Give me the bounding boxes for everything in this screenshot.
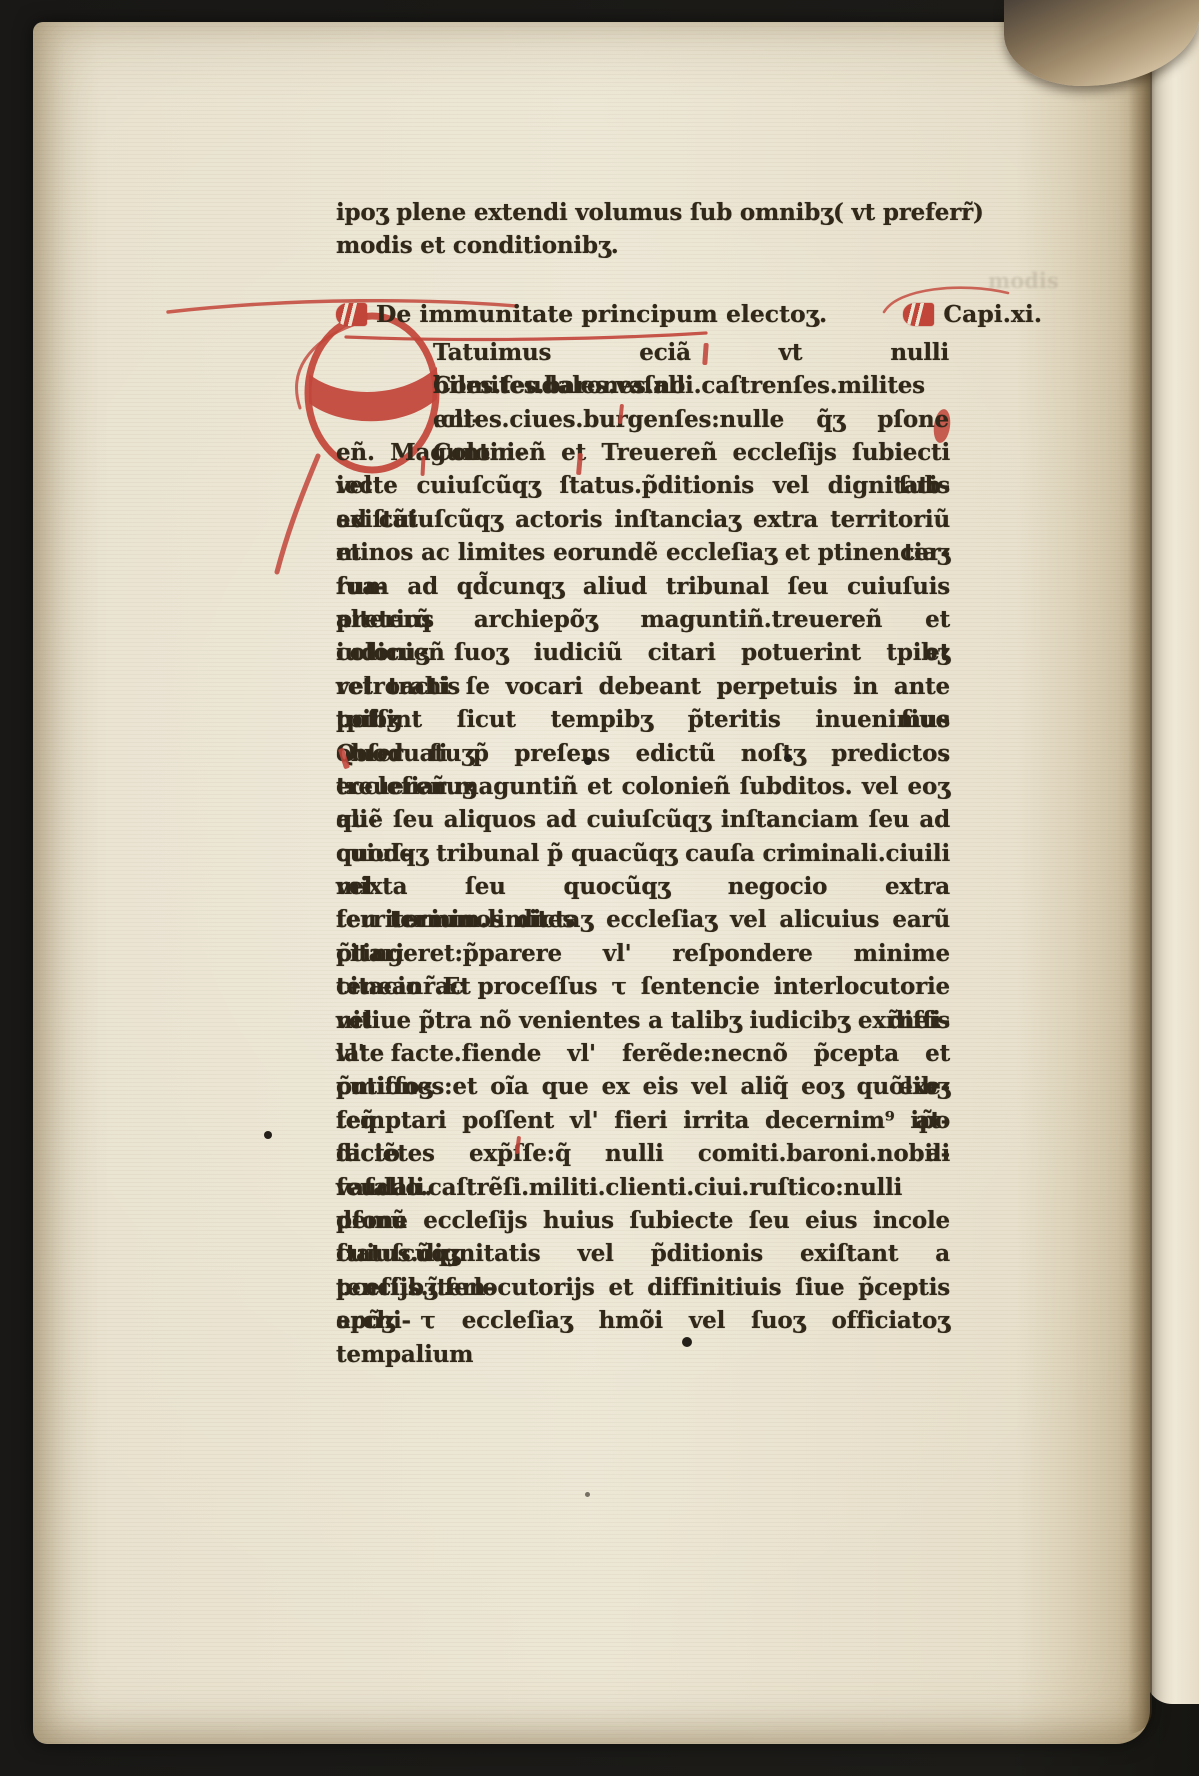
ink-showthrough: modis bbox=[988, 268, 1059, 293]
rubric-pilcrow-icon bbox=[903, 303, 934, 326]
text-line: modis et conditionibʒ. bbox=[336, 229, 1066, 262]
text-line: mixta ſeu quocũqʒ negocio extra territor… bbox=[336, 870, 950, 903]
text-line: quẽ ſeu aliquos ad cuiuſcũqʒ inſtanciam … bbox=[336, 803, 950, 836]
text-line: iecte cuiuſcũqʒ ſtatus.p̃ditionis vel di… bbox=[336, 469, 950, 502]
text-line: vel trahi ſe vocari debeant perpetuis in… bbox=[336, 670, 950, 703]
text-line: ad cuiuſcũqʒ actoris inſtanciaʒ extra te… bbox=[336, 503, 950, 536]
ink-speck bbox=[585, 1492, 590, 1497]
heading-chapter-number: Capi.xi. bbox=[943, 297, 1042, 331]
text-line: preterq̃ archiepõʒ maguntiñ.treuereñ et … bbox=[336, 603, 950, 636]
text-line: ipoʒ plene extendi volumus ſub omnibʒ( v… bbox=[336, 196, 1066, 229]
text-line: minos ac limites eorundẽ eccleſiaʒ et pt… bbox=[336, 536, 950, 569]
book-photograph: ipoʒ plene extendi volumus ſub omnibʒ( v… bbox=[0, 0, 1199, 1776]
text-line: ſeu terminos dictaʒ eccleſiaʒ vel alicui… bbox=[336, 903, 950, 936]
text-line: entes.ciues.burgenſes:nulle q̃ʒ pſone Co… bbox=[433, 403, 949, 436]
drop-cap-text: Tatuimus eciã vt nulli Comites.barones.n… bbox=[433, 336, 949, 436]
ink-speck bbox=[264, 1131, 272, 1139]
text-line: nitiue p̃tra nõ venientes a talibʒ iudic… bbox=[336, 1004, 950, 1037]
text-line: quodqʒ tribunal p̃ quacũqʒ cauſa crimina… bbox=[336, 837, 950, 870]
text-line: temptari poſſent vl' fieri irrita decern… bbox=[336, 1104, 950, 1137]
text-line: iudicuʒ ſuoʒ iudiciũ citari potuerint tp… bbox=[336, 636, 950, 669]
next-page-edge bbox=[1146, 8, 1199, 1704]
rubric-pilcrow-icon bbox=[336, 303, 367, 326]
text-line: treuereñ.maguntiñ et colonieñ ſubditos. … bbox=[336, 770, 950, 803]
ink-speck bbox=[784, 754, 792, 762]
text-line: Tatuimus eciã vt nulli Comites.barones.n… bbox=[433, 336, 949, 369]
heading-title: De immunitate principum electoʒ. bbox=[376, 297, 827, 331]
text-line: tencijs.ĩterlocutorijs et diffinitiuis ſ… bbox=[336, 1271, 950, 1304]
text-line: rum ad qd̃cunqʒ aliud tribunal ſeu cuiuſ… bbox=[336, 570, 950, 603]
text-line: poſſint ſicut tempibʒ p̃teritis inuenimu… bbox=[336, 703, 950, 736]
chapter-heading: De immunitate principum electoʒ. Capi.xi… bbox=[336, 297, 1042, 331]
text-line: biles.feudales.vaſalli.caſtrenſes.milite… bbox=[433, 369, 949, 402]
text-line: ſtatus.dignitatis vel p̃ditionis exiſtan… bbox=[336, 1237, 950, 1270]
ink-speck bbox=[584, 757, 592, 765]
text-line: vaſallo.caſtrẽſi.militi.clienti.ciui.ruſ… bbox=[336, 1171, 950, 1204]
text-line: Quod ſi p̃ preſens edictũ noſtʒ predicto… bbox=[336, 737, 950, 770]
intro-text: ipoʒ plene extendi volumus ſub omnibʒ( v… bbox=[336, 196, 1066, 263]
text-line: vl' facte.fiende vl' ferẽde:necnõ p̃cept… bbox=[336, 1037, 950, 1070]
text-line: cutiones:et oĩa que ex eis vel aliq̃ eoʒ… bbox=[336, 1070, 950, 1103]
text-line: pſone eccleſijs huius ſubiecte ſeu eius … bbox=[336, 1204, 950, 1237]
text-line: diciẽtes exp̃ſſe:q̃ nulli comiti.baroni.… bbox=[336, 1137, 950, 1170]
page-fold-shadow bbox=[1128, 22, 1152, 1734]
text-line: epõʒ τ eccleſiaʒ hmõi vel ſuoʒ officiato… bbox=[336, 1304, 950, 1337]
body-text: eñ. Maguntineñ et Treuereñ eccleſijs ſub… bbox=[336, 436, 950, 1338]
text-line: p̃tingeret:p̃parere vl' reſpondere minim… bbox=[336, 937, 950, 970]
text-line: citacio ac proceſſus τ ſentencie interlo… bbox=[336, 970, 950, 1003]
top-shadow bbox=[0, 0, 1199, 30]
ink-speck bbox=[682, 1337, 692, 1347]
text-line: eñ. Maguntineñ et Treuereñ eccleſijs ſub… bbox=[336, 436, 950, 469]
